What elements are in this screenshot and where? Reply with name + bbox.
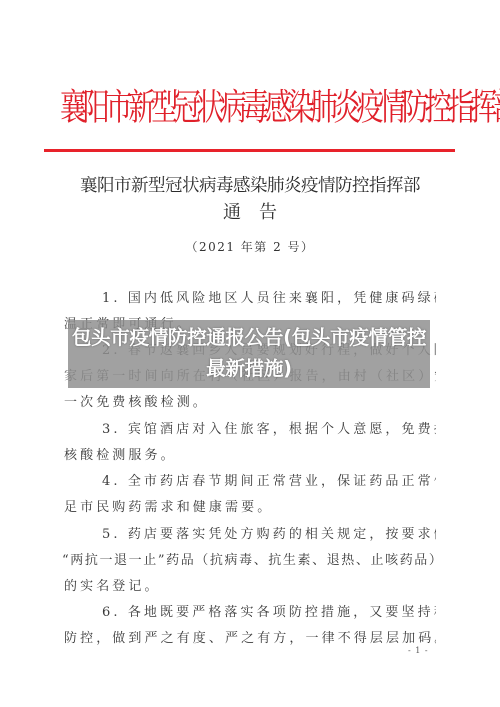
paragraph-line: 6. 各地既要严格落实各项防控措施，又要坚持科学精准 [102, 601, 436, 620]
document-page: 襄阳市新型冠状病毒感染肺炎疫情防控指挥部 襄阳市新型冠状病毒感染肺炎疫情防控指挥… [0, 0, 500, 707]
red-divider-line [44, 149, 455, 152]
notice-issuer-title: 襄阳市新型冠状病毒感染肺炎疫情防控指挥部 [0, 172, 500, 197]
paragraph-line: “两抗一退一止”药品（抗病毒、抗生素、退热、止咳药品） [62, 549, 434, 568]
overlay-headline: 包头市疫情防控通报公告(包头市疫情管控最新措施) [68, 322, 430, 384]
paragraph-line: 一次免费核酸检测。 [64, 391, 436, 410]
page-number: - 1 - [408, 646, 429, 655]
notice-number: （2021 年第 2 号） [0, 238, 500, 255]
paragraph-line: 的实名登记。 [64, 575, 436, 594]
notice-subtitle: 通告 [0, 198, 500, 224]
paragraph-line: 3. 宾馆酒店对入住旅客，根据个人意愿，免费提供一次 [102, 418, 436, 437]
paragraph-line: 4. 全市药店春节期间正常营业，保证药品正常供应，满 [102, 470, 436, 489]
paragraph-line: 5. 药店要落实凭处方购药的相关规定，按要求做好购买 [102, 523, 436, 542]
paragraph-line: 防控，做到严之有度、严之有方，一律不得层层加码。 [64, 627, 436, 646]
paragraph-line: 足市民购药需求和健康需要。 [64, 496, 436, 515]
paragraph-line: 核酸检测服务。 [64, 444, 436, 463]
paragraph-line: 1. 国内低风险地区人员往来襄阳，凭健康码绿码、测体 [102, 287, 436, 306]
red-letterhead: 襄阳市新型冠状病毒感染肺炎疫情防控指挥部 [60, 72, 436, 145]
